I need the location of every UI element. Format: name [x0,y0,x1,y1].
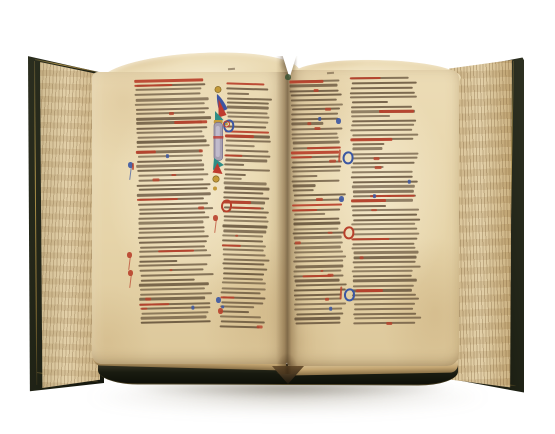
red-word-mark [325,108,331,111]
text-line [222,301,264,304]
text-line [141,311,208,315]
headband [285,74,291,80]
text-line [353,242,415,245]
text-line [138,235,209,239]
text-line [290,84,338,87]
text-line [351,223,415,226]
text-line [294,251,343,254]
red-word-mark [325,298,329,301]
text-line [291,98,338,101]
text-line [224,168,270,171]
red-word-mark [359,256,364,259]
rubric-line [379,110,414,113]
text-line [350,128,412,131]
text-line [220,305,254,308]
penwork-dot [225,123,228,126]
text-line [291,117,339,120]
script-text-layer [0,0,555,434]
text-line [351,115,390,118]
text-line [226,87,268,90]
text-line [353,322,415,325]
text-line [354,308,413,311]
text-line [136,164,204,168]
text-line [136,140,206,144]
text-line [139,283,209,287]
text-line [353,261,416,264]
text-line [220,310,249,313]
text-line [294,317,340,320]
text-line [137,126,208,130]
text-line [353,251,418,254]
text-line [222,239,263,242]
red-word-mark [257,325,263,328]
red-word-mark [140,307,147,310]
manuscript-photo [0,0,555,434]
text-line [139,254,212,258]
paraph-descender [129,275,132,288]
text-line [351,227,417,230]
text-line [354,317,422,320]
text-line [139,231,205,235]
text-line [292,141,340,144]
rubric-line [232,206,261,209]
rubric-line [134,84,172,87]
text-line [294,193,346,196]
text-line [296,313,343,316]
text-line [290,93,341,96]
rubric-line [136,151,156,154]
text-line [294,308,342,311]
rubric-line [222,244,241,247]
folio-mark [327,72,334,75]
text-line [292,189,314,192]
text-line [291,103,343,106]
margin-paraph [216,297,221,303]
rubric-line [137,198,178,201]
text-line [353,265,420,268]
rubric-line [291,151,339,154]
text-line [226,106,269,109]
rubric-line [351,199,386,202]
text-line [224,215,267,218]
text-line [351,176,413,179]
text-line [350,91,415,94]
text-line [220,320,264,323]
text-line [294,303,346,306]
text-line [222,248,264,251]
red-word-mark [371,209,377,212]
folio-mark [228,68,235,71]
text-line [140,245,205,249]
blue-paraph-mark [408,180,411,183]
text-line [139,260,178,263]
text-line [293,169,341,172]
text-line [352,209,420,212]
text-line [139,211,206,215]
text-line [292,180,340,183]
text-line [135,98,209,102]
paraph-descender [129,167,132,180]
paraph-descender [214,220,217,233]
decorated-initial [344,288,355,301]
text-line [352,147,383,150]
text-line [138,202,209,206]
red-word-mark [375,166,382,169]
text-line [139,226,205,230]
text-line [352,161,415,164]
text-line [135,92,201,96]
text-line [351,171,412,174]
text-line [291,112,338,115]
paraph-descender [128,257,131,270]
text-line [354,303,416,306]
text-line [352,298,419,301]
text-line [220,315,261,318]
red-word-mark [313,89,318,92]
rubric-line [292,209,317,212]
red-word-mark [373,157,379,160]
decorated-initial [342,151,353,164]
red-word-mark [198,206,205,209]
margin-paraph [336,118,341,124]
text-line [136,88,202,92]
text-line [294,279,340,282]
rubric-line [350,138,392,141]
text-line [295,284,346,287]
text-line [139,216,210,220]
text-line [294,227,339,230]
text-line [226,149,269,152]
text-line [351,152,418,155]
text-line [139,263,208,267]
text-line [350,95,417,98]
text-line [291,132,337,135]
text-line [136,107,209,111]
red-word-mark [329,160,336,163]
text-line [137,136,205,140]
text-line [351,205,385,208]
red-word-mark [172,174,176,177]
margin-paraph [218,308,223,314]
red-word-mark [307,123,311,126]
text-line [226,101,269,104]
text-line [135,102,205,106]
red-band [213,136,223,139]
text-line [138,178,203,182]
text-line [352,213,417,216]
text-line [352,294,416,297]
rubric-line [291,156,312,159]
text-column-right-2 [350,77,421,328]
text-line [221,291,261,294]
text-line [352,270,413,273]
red-word-mark [316,198,323,201]
text-line [137,144,210,148]
rubric-line [292,203,342,206]
text-line [292,184,315,187]
text-line [352,274,412,277]
text-line [140,278,194,281]
text-line [223,272,265,275]
text-line [138,240,207,244]
red-word-mark [386,322,392,325]
text-line [223,259,269,262]
text-line [223,225,268,228]
blue-paraph-mark [192,306,195,309]
text-line [140,287,205,291]
red-word-mark [328,231,333,234]
text-line [225,159,268,162]
text-line [351,101,387,104]
rubric-line [158,250,194,253]
text-line [292,136,339,139]
text-line [138,187,208,191]
gold-dot-below [213,187,217,191]
text-line [224,187,269,190]
red-word-mark [199,149,203,152]
rubric-line [351,238,389,241]
text-line [292,108,341,111]
text-line [223,277,263,280]
red-word-mark [314,127,320,130]
text-line [294,246,341,249]
red-word-mark [153,179,159,182]
rubric-line [350,77,381,80]
text-line [222,263,264,266]
rubric-line [370,195,415,198]
text-line [352,134,418,137]
blue-paraph-mark [329,307,332,310]
blue-paraph-mark [166,155,169,158]
text-line [137,183,210,187]
text-line [294,289,346,292]
text-line [351,86,413,89]
rubric-line [356,289,383,292]
rubric-line [226,82,264,85]
text-line [293,232,345,235]
text-line [294,293,341,296]
text-line [351,185,414,188]
text-line [223,196,269,199]
red-word-mark [169,112,174,115]
text-line [352,284,414,287]
red-word-mark [145,298,151,301]
red-word-mark [169,269,172,272]
text-line [223,230,267,233]
text-line [353,279,418,282]
text-line [137,154,202,158]
text-line [227,116,270,119]
text-line [137,159,203,163]
text-line [295,265,343,268]
text-line [222,287,266,290]
red-word-mark [295,241,301,244]
gold-roundel-bottom [213,176,219,182]
red-word-mark [235,234,239,237]
text-line [293,222,340,225]
text-line [295,298,341,301]
text-line [137,168,204,172]
text-line [352,157,418,160]
text-line [353,232,419,235]
text-line [354,312,417,315]
rubric-line [139,303,169,306]
red-word-mark [386,194,390,197]
text-line [293,175,318,178]
text-line [141,273,214,277]
text-line [226,97,271,100]
rubric-line [306,146,340,149]
rubric-line [174,121,207,124]
text-column-left-1 [134,78,215,327]
initial-body-highlight [216,126,220,157]
text-line [293,269,341,272]
text-line [223,267,267,270]
margin-paraph-penwork [132,163,134,170]
text-line [140,320,211,324]
text-line [293,260,343,263]
text-line [294,213,325,216]
text-column-right-1 [289,79,346,327]
text-line [292,165,341,168]
text-line [293,218,339,221]
text-line [294,236,342,239]
text-line [137,193,211,197]
text-line [351,105,412,108]
text-line [222,282,266,285]
text-line [136,131,203,135]
rubric-line [134,79,203,83]
text-line [295,321,340,324]
text-line [352,81,418,84]
text-line [141,316,207,320]
text-line [138,221,203,225]
text-line [295,255,347,258]
text-line [222,234,263,237]
text-line [352,247,416,250]
illuminated-initial [205,84,231,194]
text-line [352,190,413,193]
text-line [226,140,271,143]
rubric-line [289,80,323,83]
text-line [141,306,211,310]
blue-paraph-mark [373,194,376,197]
text-line [220,325,260,328]
rubric-line [220,296,234,299]
text-line [140,292,211,296]
text-line [351,124,414,127]
margin-paraph [339,196,344,202]
blue-paraph-mark [318,117,321,120]
red-word-mark [327,274,334,277]
text-line [224,220,269,223]
text-line [353,218,420,221]
text-line [352,119,416,122]
gold-roundel-top [215,86,221,92]
text-line [226,111,267,114]
text-line [352,143,385,146]
text-line [222,253,265,256]
